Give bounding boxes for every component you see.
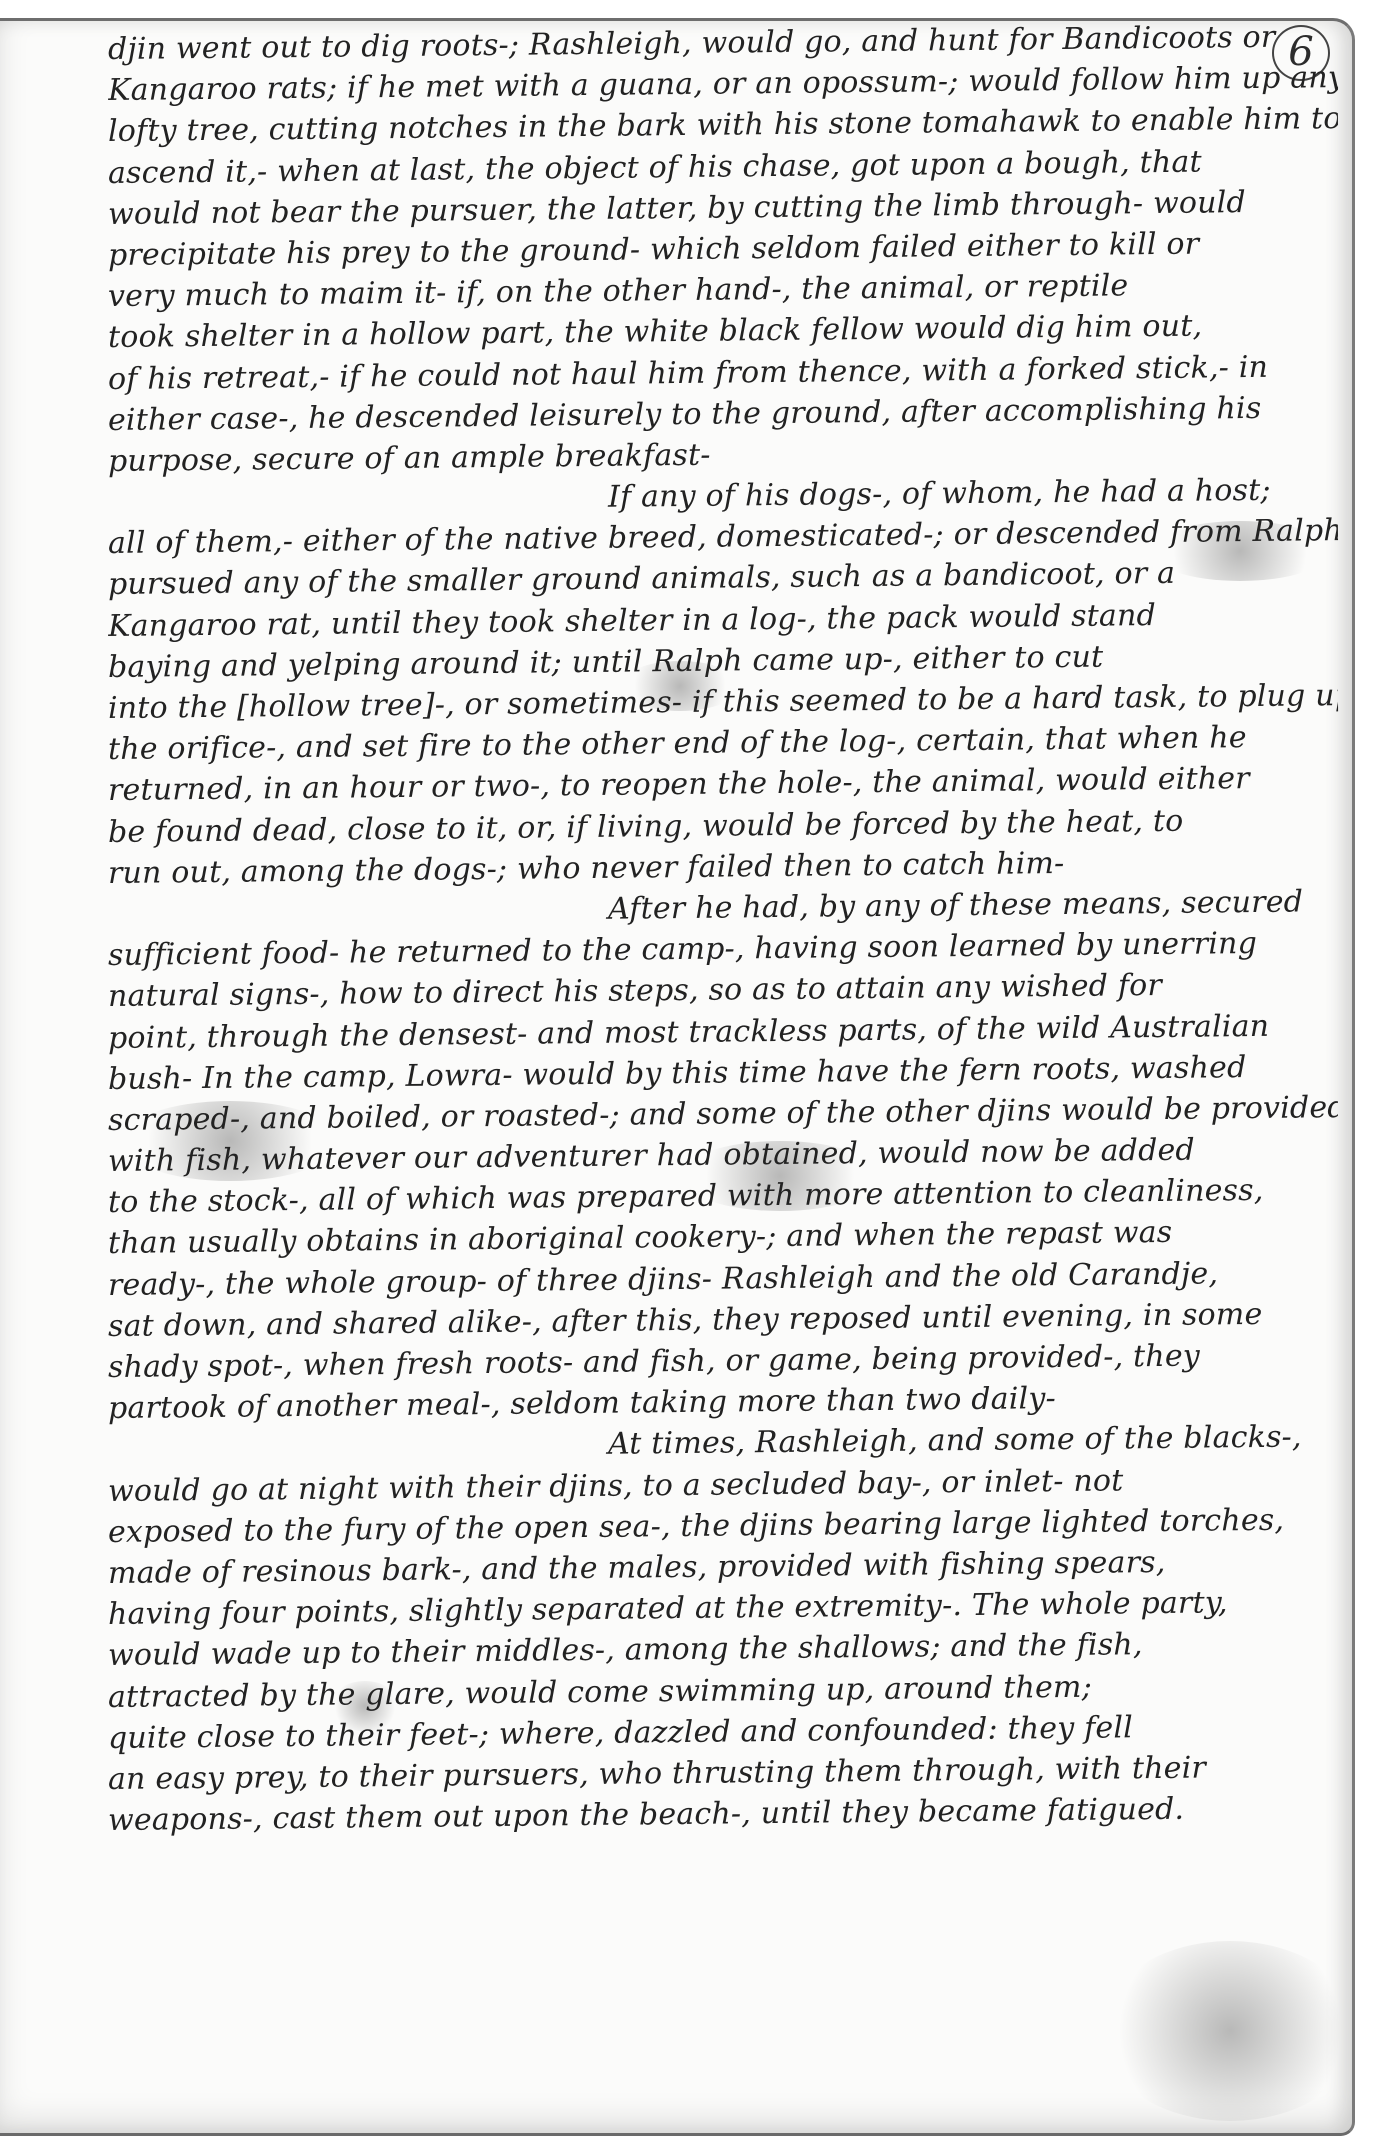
ink-smudge [1100,1941,1360,2121]
manuscript-text: djin went out to dig roots-; Rashleigh, … [108,29,1338,1841]
manuscript-page: 6 djin went out to dig roots-; Rashleigh… [0,18,1355,2136]
